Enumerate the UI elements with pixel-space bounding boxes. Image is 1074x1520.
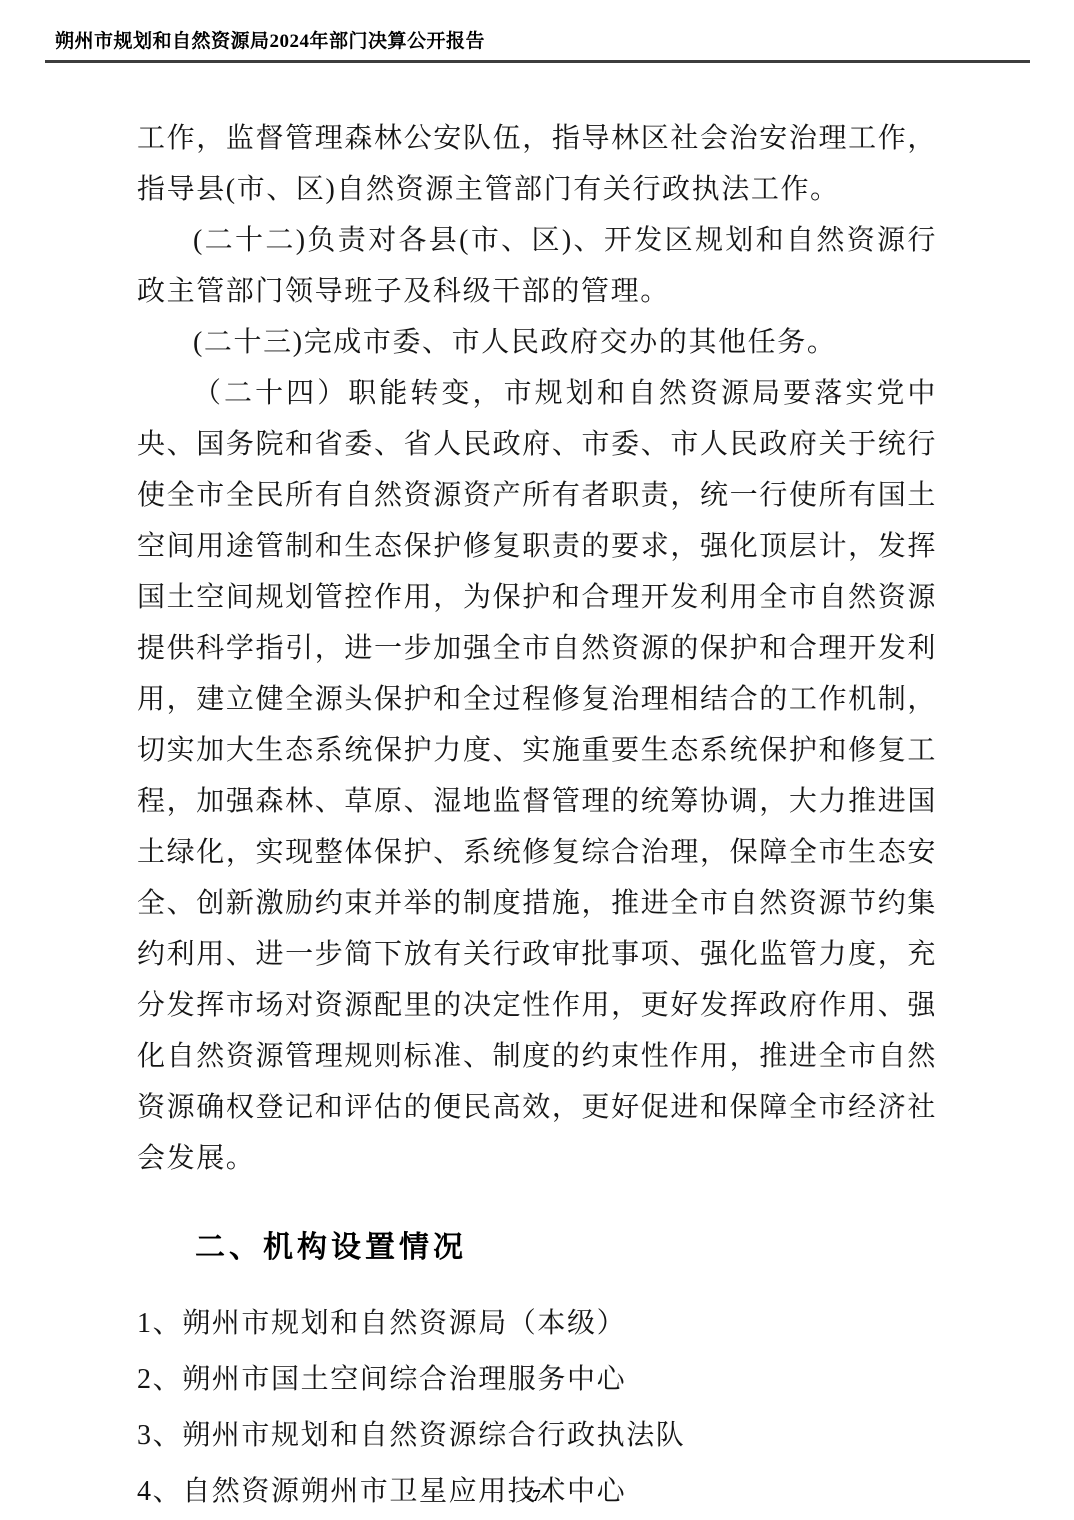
org-list-item: 1、朔州市规划和自然资源局（本级） [137, 1296, 937, 1352]
paragraph-group: 工作，监督管理森林公安队伍，指导林区社会治安治理工作，指导县(市、区)自然资源主… [137, 113, 937, 1184]
header-title: 朔州市规划和自然资源局2024年部门决算公开报告 [55, 26, 1029, 53]
org-list-item: 2、朔州市国土空间综合治理服务中心 [137, 1352, 937, 1408]
body-paragraph: (二十三)完成市委、市人民政府交办的其他任务。 [137, 317, 937, 368]
document-body: 工作，监督管理森林公安队伍，指导林区社会治安治理工作，指导县(市、区)自然资源主… [137, 113, 937, 1520]
body-paragraph: 工作，监督管理森林公安队伍，指导林区社会治安治理工作，指导县(市、区)自然资源主… [137, 113, 937, 215]
page-footer: -7- [0, 1486, 1074, 1506]
body-paragraph: (二十二)负责对各县(市、区)、开发区规划和自然资源行政主管部门领导班子及科级干… [137, 215, 937, 317]
section-heading: 二、机构设置情况 [137, 1222, 937, 1266]
page-header: 朔州市规划和自然资源局2024年部门决算公开报告 [0, 26, 1074, 63]
org-list-item: 3、朔州市规划和自然资源综合行政执法队 [137, 1408, 937, 1464]
page-number: -7- [526, 1486, 549, 1505]
document-page: 朔州市规划和自然资源局2024年部门决算公开报告 工作，监督管理森林公安队伍，指… [0, 0, 1074, 1520]
header-divider [45, 60, 1030, 63]
body-paragraph: （二十四）职能转变，市规划和自然资源局要落实党中央、国务院和省委、省人民政府、市… [137, 368, 937, 1184]
